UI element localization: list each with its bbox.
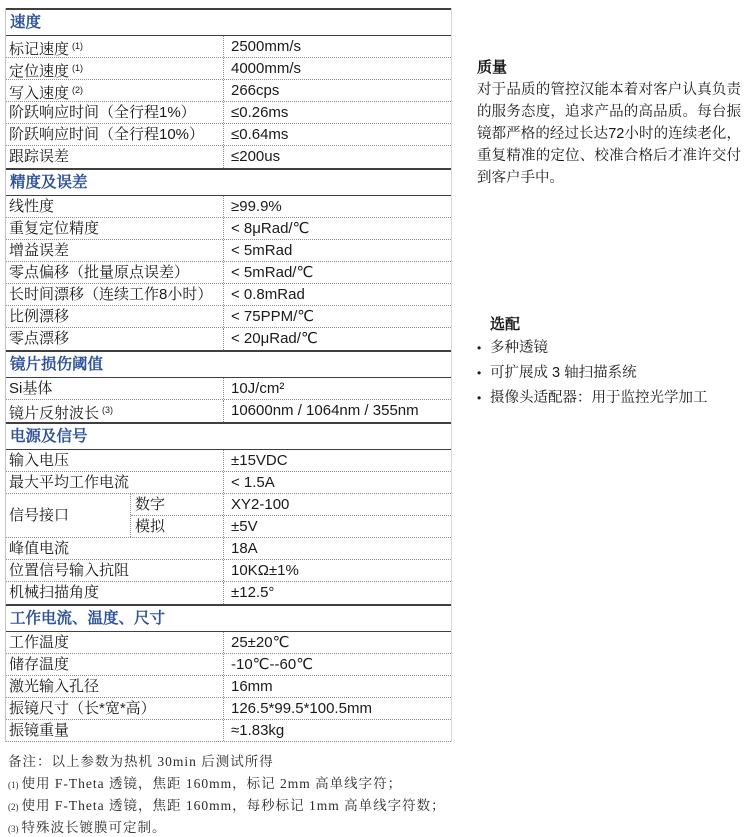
spec-value: ≤200us — [224, 146, 451, 168]
note-marker: (3) — [8, 824, 19, 834]
spec-row: 镜片反射波长(3) 10600nm / 1064nm / 355nm — [6, 400, 451, 422]
spec-label-text: 比例漂移 — [9, 308, 69, 325]
option-text: 可扩展成 3 轴扫描系统 — [490, 361, 637, 386]
spec-label-text: 最大平均工作电流 — [9, 474, 129, 491]
spec-row: 位置信号输入抗阻 10KΩ±1% — [6, 560, 451, 582]
spec-row: 输入电压 ±15VDC — [6, 450, 451, 472]
spec-row: 阶跃响应时间（全行程10%） ≤0.64ms — [6, 124, 451, 146]
spec-label: 跟踪误差 — [6, 146, 224, 168]
spec-value: 266cps — [224, 80, 451, 101]
signal-label: 信号接口 — [6, 494, 131, 537]
spec-label: 工作温度 — [6, 632, 224, 653]
spec-label: 峰值电流 — [6, 538, 224, 559]
spec-row: 标记速度(1) 2500mm/s — [6, 36, 451, 58]
spec-row: 阶跃响应时间（全行程1%） ≤0.26ms — [6, 102, 451, 124]
bullet-icon: • — [477, 361, 490, 386]
spec-label-text: 阶跃响应时间（全行程10%） — [9, 126, 204, 143]
spec-label: 写入速度(2) — [6, 80, 224, 101]
spec-row: 重复定位精度 < 8μRad/℃ — [6, 218, 451, 240]
signal-analog-row: 模拟 ±5V — [131, 516, 451, 537]
footnote-ref: (1) — [72, 63, 83, 73]
spec-label-text: 标记速度 — [9, 41, 69, 57]
signal-digital-row: 数字 XY2-100 — [131, 494, 451, 516]
notes-section: 备注：以上参数为热机 30min 后测试所得 (1)使用 F-Theta 透镜，… — [8, 751, 446, 837]
section-header-working: 工作电流、温度、尺寸 — [6, 604, 451, 632]
quality-text: 对于品质的管控汉能本着对客户认真负责的服务态度，追求产品的高品质。每台振镜都严格… — [477, 79, 741, 189]
footnote-ref: (2) — [72, 85, 83, 95]
note-text: 使用 F-Theta 透镜，焦距 160mm，标记 2mm 高单线字符； — [22, 776, 403, 791]
spec-value: ≤0.26ms — [224, 102, 451, 123]
spec-value: < 8μRad/℃ — [224, 218, 451, 239]
spec-value: -10℃--60℃ — [224, 654, 451, 675]
spec-value: 2500mm/s — [224, 36, 451, 57]
note-item: (2)使用 F-Theta 透镜，焦距 160mm，每秒标记 1mm 高单线字符… — [8, 795, 446, 817]
spec-label: 激光输入孔径 — [6, 676, 224, 697]
spec-row: 振镜重量 ≈1.83kg — [6, 720, 451, 742]
spec-label: 位置信号输入抗阻 — [6, 560, 224, 581]
spec-label: 零点漂移 — [6, 328, 224, 350]
spec-label-text: 机械扫描角度 — [9, 584, 99, 601]
spec-label-text: 峰值电流 — [9, 540, 69, 557]
notes-header: 备注：以上参数为热机 30min 后测试所得 — [8, 751, 446, 773]
option-item: • 可扩展成 3 轴扫描系统 — [477, 361, 747, 386]
spec-value: 18A — [224, 538, 451, 559]
bullet-icon: • — [477, 336, 490, 361]
spec-value: < 5mRad/℃ — [224, 262, 451, 283]
spec-label-text: 零点偏移（批量原点误差） — [9, 264, 189, 281]
quality-title: 质量 — [477, 57, 741, 78]
spec-row: 激光输入孔径 16mm — [6, 676, 451, 698]
spec-row: 储存温度 -10℃--60℃ — [6, 654, 451, 676]
spec-row: 工作温度 25±20℃ — [6, 632, 451, 654]
options-section: 选配 • 多种透镜 • 可扩展成 3 轴扫描系统 • 摄像头适配器：用于监控光学… — [477, 314, 747, 411]
spec-label-text: 镜片反射波长 — [9, 405, 99, 422]
spec-value: 4000mm/s — [224, 58, 451, 79]
spec-label-text: 定位速度 — [9, 63, 69, 79]
spec-row: 最大平均工作电流 < 1.5A — [6, 472, 451, 494]
spec-row: 机械扫描角度 ±12.5° — [6, 582, 451, 604]
spec-label-text: 跟踪误差 — [9, 148, 69, 165]
option-item: • 摄像头适配器：用于监控光学加工 — [477, 386, 747, 411]
section-header-accuracy: 精度及误差 — [6, 168, 451, 196]
note-text: 使用 F-Theta 透镜，焦距 160mm，每秒标记 1mm 高单线字符数； — [22, 798, 446, 813]
spec-row: 写入速度(2) 266cps — [6, 80, 451, 102]
spec-label: 阶跃响应时间（全行程10%） — [6, 124, 224, 145]
spec-label: 定位速度(1) — [6, 58, 224, 79]
spec-label: 阶跃响应时间（全行程1%） — [6, 102, 224, 123]
note-text: 特殊波长镀膜可定制。 — [22, 820, 167, 835]
spec-table: 速度 标记速度(1) 2500mm/s 定位速度(1) 4000mm/s 写入速… — [5, 8, 452, 742]
spec-row: 长时间漂移（连续工作8小时） < 0.8mRad — [6, 284, 451, 306]
spec-label-text: 位置信号输入抗阻 — [9, 562, 129, 579]
spec-label: Si基体 — [6, 378, 224, 399]
spec-label: 标记速度(1) — [6, 36, 224, 57]
note-marker: (1) — [8, 780, 19, 790]
spec-label-text: 激光输入孔径 — [9, 678, 99, 695]
spec-label-text: 输入电压 — [9, 452, 69, 469]
option-item: • 多种透镜 — [477, 336, 747, 361]
spec-value: ≈1.83kg — [224, 720, 451, 741]
spec-label: 线性度 — [6, 196, 224, 217]
spec-label-text: 振镜尺寸（长*宽*高） — [9, 700, 156, 717]
spec-label-text: 零点漂移 — [9, 330, 69, 347]
spec-value: XY2-100 — [224, 494, 451, 515]
option-text: 多种透镜 — [490, 336, 548, 361]
spec-sheet-page: 速度 标记速度(1) 2500mm/s 定位速度(1) 4000mm/s 写入速… — [0, 0, 754, 837]
spec-row: 跟踪误差 ≤200us — [6, 146, 451, 168]
spec-label-text: Si基体 — [9, 380, 52, 397]
spec-label: 镜片反射波长(3) — [6, 400, 224, 422]
options-title: 选配 — [490, 314, 747, 336]
spec-label: 比例漂移 — [6, 306, 224, 327]
section-header-power-signal: 电源及信号 — [6, 422, 451, 450]
note-item: (3)特殊波长镀膜可定制。 — [8, 817, 446, 837]
spec-value: 10600nm / 1064nm / 355nm — [224, 400, 451, 422]
spec-row: 增益误差 < 5mRad — [6, 240, 451, 262]
spec-label-text: 储存温度 — [9, 656, 69, 673]
spec-row: 零点偏移（批量原点误差） < 5mRad/℃ — [6, 262, 451, 284]
spec-label: 重复定位精度 — [6, 218, 224, 239]
spec-value: < 75PPM/℃ — [224, 306, 451, 327]
spec-label-text: 长时间漂移（连续工作8小时） — [9, 286, 212, 303]
bullet-icon: • — [477, 386, 490, 411]
spec-value: < 1.5A — [224, 472, 451, 493]
spec-label: 长时间漂移（连续工作8小时） — [6, 284, 224, 305]
spec-value: ≤0.64ms — [224, 124, 451, 145]
section-header-damage-threshold: 镜片损伤阈值 — [6, 350, 451, 378]
spec-label: 储存温度 — [6, 654, 224, 675]
footnote-ref: (1) — [72, 41, 83, 51]
spec-label-text: 阶跃响应时间（全行程1%） — [9, 104, 196, 121]
spec-label-text: 写入速度 — [9, 85, 69, 101]
spec-value: ±12.5° — [224, 582, 451, 604]
spec-value: < 20μRad/℃ — [224, 328, 451, 350]
spec-row: 零点漂移 < 20μRad/℃ — [6, 328, 451, 350]
spec-label-text: 增益误差 — [9, 242, 69, 259]
quality-section: 质量 对于品质的管控汉能本着对客户认真负责的服务态度，追求产品的高品质。每台振镜… — [477, 57, 741, 189]
spec-row: Si基体 10J/cm² — [6, 378, 451, 400]
spec-label: 机械扫描角度 — [6, 582, 224, 604]
spec-value: ≥99.9% — [224, 196, 451, 217]
note-marker: (2) — [8, 802, 19, 812]
spec-value: 25±20℃ — [224, 632, 451, 653]
spec-value: ±5V — [224, 516, 451, 537]
spec-value: 10J/cm² — [224, 378, 451, 399]
spec-row: 振镜尺寸（长*宽*高） 126.5*99.5*100.5mm — [6, 698, 451, 720]
spec-label: 振镜尺寸（长*宽*高） — [6, 698, 224, 719]
note-item: (1)使用 F-Theta 透镜，焦距 160mm，标记 2mm 高单线字符； — [8, 773, 446, 795]
spec-label-text: 重复定位精度 — [9, 220, 99, 237]
signal-sub-label: 数字 — [131, 494, 224, 515]
spec-value: 126.5*99.5*100.5mm — [224, 698, 451, 719]
section-header-speed: 速度 — [6, 8, 451, 36]
spec-row: 比例漂移 < 75PPM/℃ — [6, 306, 451, 328]
spec-row: 线性度 ≥99.9% — [6, 196, 451, 218]
spec-label: 零点偏移（批量原点误差） — [6, 262, 224, 283]
option-text: 摄像头适配器：用于监控光学加工 — [490, 386, 708, 411]
signal-sub-label: 模拟 — [131, 516, 224, 537]
signal-row: 信号接口 数字 XY2-100 模拟 ±5V — [6, 494, 451, 538]
spec-value: 16mm — [224, 676, 451, 697]
spec-value: < 5mRad — [224, 240, 451, 261]
spec-label-text: 振镜重量 — [9, 722, 69, 739]
spec-row: 峰值电流 18A — [6, 538, 451, 560]
spec-row: 定位速度(1) 4000mm/s — [6, 58, 451, 80]
spec-label: 最大平均工作电流 — [6, 472, 224, 493]
spec-value: < 0.8mRad — [224, 284, 451, 305]
signal-sub-table: 数字 XY2-100 模拟 ±5V — [131, 494, 451, 537]
spec-label: 增益误差 — [6, 240, 224, 261]
spec-label-text: 工作温度 — [9, 634, 69, 651]
footnote-ref: (3) — [102, 405, 113, 415]
spec-label-text: 线性度 — [9, 198, 54, 215]
spec-value: 10KΩ±1% — [224, 560, 451, 581]
spec-label: 振镜重量 — [6, 720, 224, 741]
spec-label: 输入电压 — [6, 450, 224, 471]
spec-value: ±15VDC — [224, 450, 451, 471]
